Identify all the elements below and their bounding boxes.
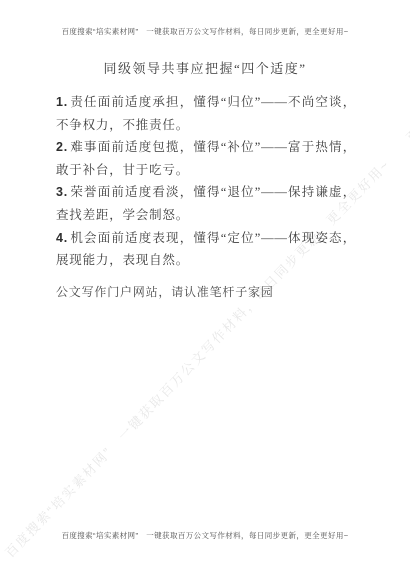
list-item: 4.机会面前适度表现，懂得“定位”——体现姿态，展现能力，表现自然。	[56, 227, 356, 272]
item-number: 2.	[56, 140, 68, 154]
item-text: 责任面前适度承担，懂得“归位”——不尚空谈，不争权力，不推责任。	[56, 95, 356, 132]
document-page: 百度搜索“培实素材网” 一键获取百万公文写作材料，每日同步更新，更全更好用~ 百…	[0, 0, 410, 580]
page-title: 同级领导共事应把握“四个适度”	[0, 58, 410, 77]
header-promo-line: 百度搜索“培实素材网” 一键获取百万公文写作材料，每日同步更新，更全更好用~	[0, 26, 410, 37]
item-text: 机会面前适度表现，懂得“定位”——体现姿态，展现能力，表现自然。	[56, 231, 356, 268]
item-number: 3.	[56, 185, 68, 199]
item-text: 难事面前适度包揽，懂得“补位”——富于热情，敢于补台，甘于吃亏。	[56, 140, 356, 177]
list-item: 3.荣誉面前适度看淡，懂得“退位”——保持谦虚，查找差距，学会制怒。	[56, 181, 356, 226]
list-item: 1.责任面前适度承担，懂得“归位”——不尚空谈，不争权力，不推责任。	[56, 91, 356, 136]
item-number: 1.	[56, 95, 68, 109]
closing-note: 公文写作门户网站，请认准笔杆子家园	[56, 281, 356, 303]
footer-promo-line: 百度搜索“培实素材网” 一键获取百万公文写作材料，每日同步更新，更全更好用~	[0, 530, 410, 541]
document-body: 1.责任面前适度承担，懂得“归位”——不尚空谈，不争权力，不推责任。 2.难事面…	[56, 91, 356, 303]
item-number: 4.	[56, 231, 68, 245]
item-text: 荣誉面前适度看淡，懂得“退位”——保持谦虚，查找差距，学会制怒。	[56, 185, 356, 222]
list-item: 2.难事面前适度包揽，懂得“补位”——富于热情，敢于补台，甘于吃亏。	[56, 136, 356, 181]
